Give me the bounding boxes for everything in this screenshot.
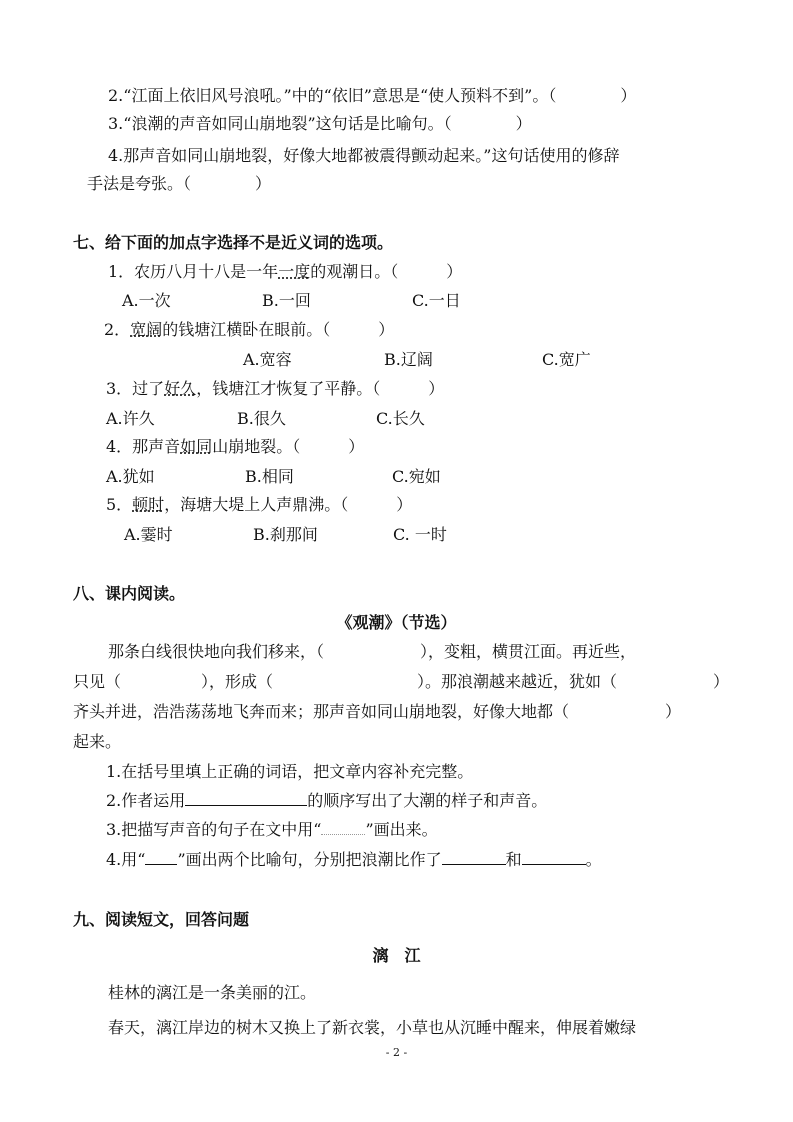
passage-line: 起来。 <box>73 732 121 752</box>
line-sample <box>145 850 177 865</box>
option-7-4-b: B.相同 <box>245 467 294 487</box>
question-6-4: 4.那声音如同山崩地裂，好像大地都被震得颤动起来。”这句话使用的修辞 <box>108 146 619 166</box>
passage-line: 只见（ ），形成（ ）。那浪潮越来越近，犹如（ ） <box>73 672 729 692</box>
question-7-5: 5．顿时，海塘大堤上人声鼎沸。（ ） <box>106 495 412 515</box>
answer-blank[interactable] <box>522 850 586 865</box>
option-7-2-c: C.宽广 <box>542 350 591 370</box>
question-7-3: 3．过了好久，钱塘江才恢复了平静。（ ） <box>106 379 444 399</box>
dotted-word: 宽阔 <box>130 320 162 339</box>
section-9-title: 九、阅读短文，回答问题 <box>73 910 249 930</box>
page-number: - 2 - <box>0 1046 793 1059</box>
section-7-title: 七、给下面的加点字选择不是近义词的选项。 <box>73 233 393 253</box>
question-8-4: 4.用“”画出两个比喻句，分别把浪潮比作了和。 <box>106 850 602 870</box>
question-6-3: 3.“浪潮的声音如同山崩地裂”这句话是比喻句。（ ） <box>108 114 532 134</box>
dotted-word: 如同 <box>180 437 212 456</box>
dotted-word: 顿时 <box>132 495 164 514</box>
question-8-2: 2.作者运用的顺序写出了大潮的样子和声音。 <box>106 791 547 811</box>
question-7-1: 1．农历八月十八是一年一度的观潮日。（ ） <box>108 262 462 282</box>
dotted-word: 好久 <box>164 379 196 398</box>
passage-line: 桂林的漓江是一条美丽的江。 <box>108 983 316 1003</box>
option-7-2-a: A.宽容 <box>243 350 292 370</box>
option-7-1-c: C.一日 <box>412 291 461 311</box>
option-7-5-a: A.霎时 <box>124 525 173 545</box>
question-7-2: 2．宽阔的钱塘江横卧在眼前。（ ） <box>104 320 394 340</box>
section-8-title: 八、课内阅读。 <box>73 584 185 604</box>
option-7-3-b: B.很久 <box>237 409 286 429</box>
option-7-4-c: C.宛如 <box>392 467 441 487</box>
passage-title: 漓 江 <box>0 946 793 966</box>
question-6-4-cont: 手法是夸张。（ ） <box>87 174 271 194</box>
question-7-4: 4．那声音如同山崩地裂。（ ） <box>106 437 364 457</box>
passage-title: 《观潮》（节选） <box>0 613 793 633</box>
option-7-4-a: A.犹如 <box>106 467 155 487</box>
question-8-3: 3.把描写声音的句子在文中用“”画出来。 <box>106 820 438 840</box>
answer-blank[interactable] <box>185 791 307 806</box>
option-7-5-c: C. 一时 <box>393 525 447 545</box>
option-7-3-c: C.长久 <box>376 409 425 429</box>
option-7-1-a: A.一次 <box>122 291 171 311</box>
option-7-1-b: B.一回 <box>262 291 311 311</box>
question-6-2: 2.“江面上依旧风号浪吼。”中的“依旧”意思是“使人预料不到”。（ ） <box>108 86 636 106</box>
option-7-5-b: B.刹那间 <box>253 525 318 545</box>
dotted-word: 一度 <box>278 262 310 281</box>
answer-blank[interactable] <box>442 850 506 865</box>
option-7-2-b: B.辽阔 <box>384 350 433 370</box>
passage-line: 齐头并进，浩浩荡荡地飞奔而来；那声音如同山崩地裂，好像大地都（ ） <box>73 702 681 722</box>
question-8-1: 1.在括号里填上正确的词语，把文章内容补充完整。 <box>106 762 473 782</box>
option-7-3-a: A.许久 <box>106 409 155 429</box>
wavy-line-sample <box>321 820 365 835</box>
passage-line: 春天，漓江岸边的树木又换上了新衣裳，小草也从沉睡中醒来，伸展着嫩绿 <box>108 1018 636 1038</box>
passage-line: 那条白线很快地向我们移来，（ ），变粗，横贯江面。再近些， <box>108 642 636 662</box>
